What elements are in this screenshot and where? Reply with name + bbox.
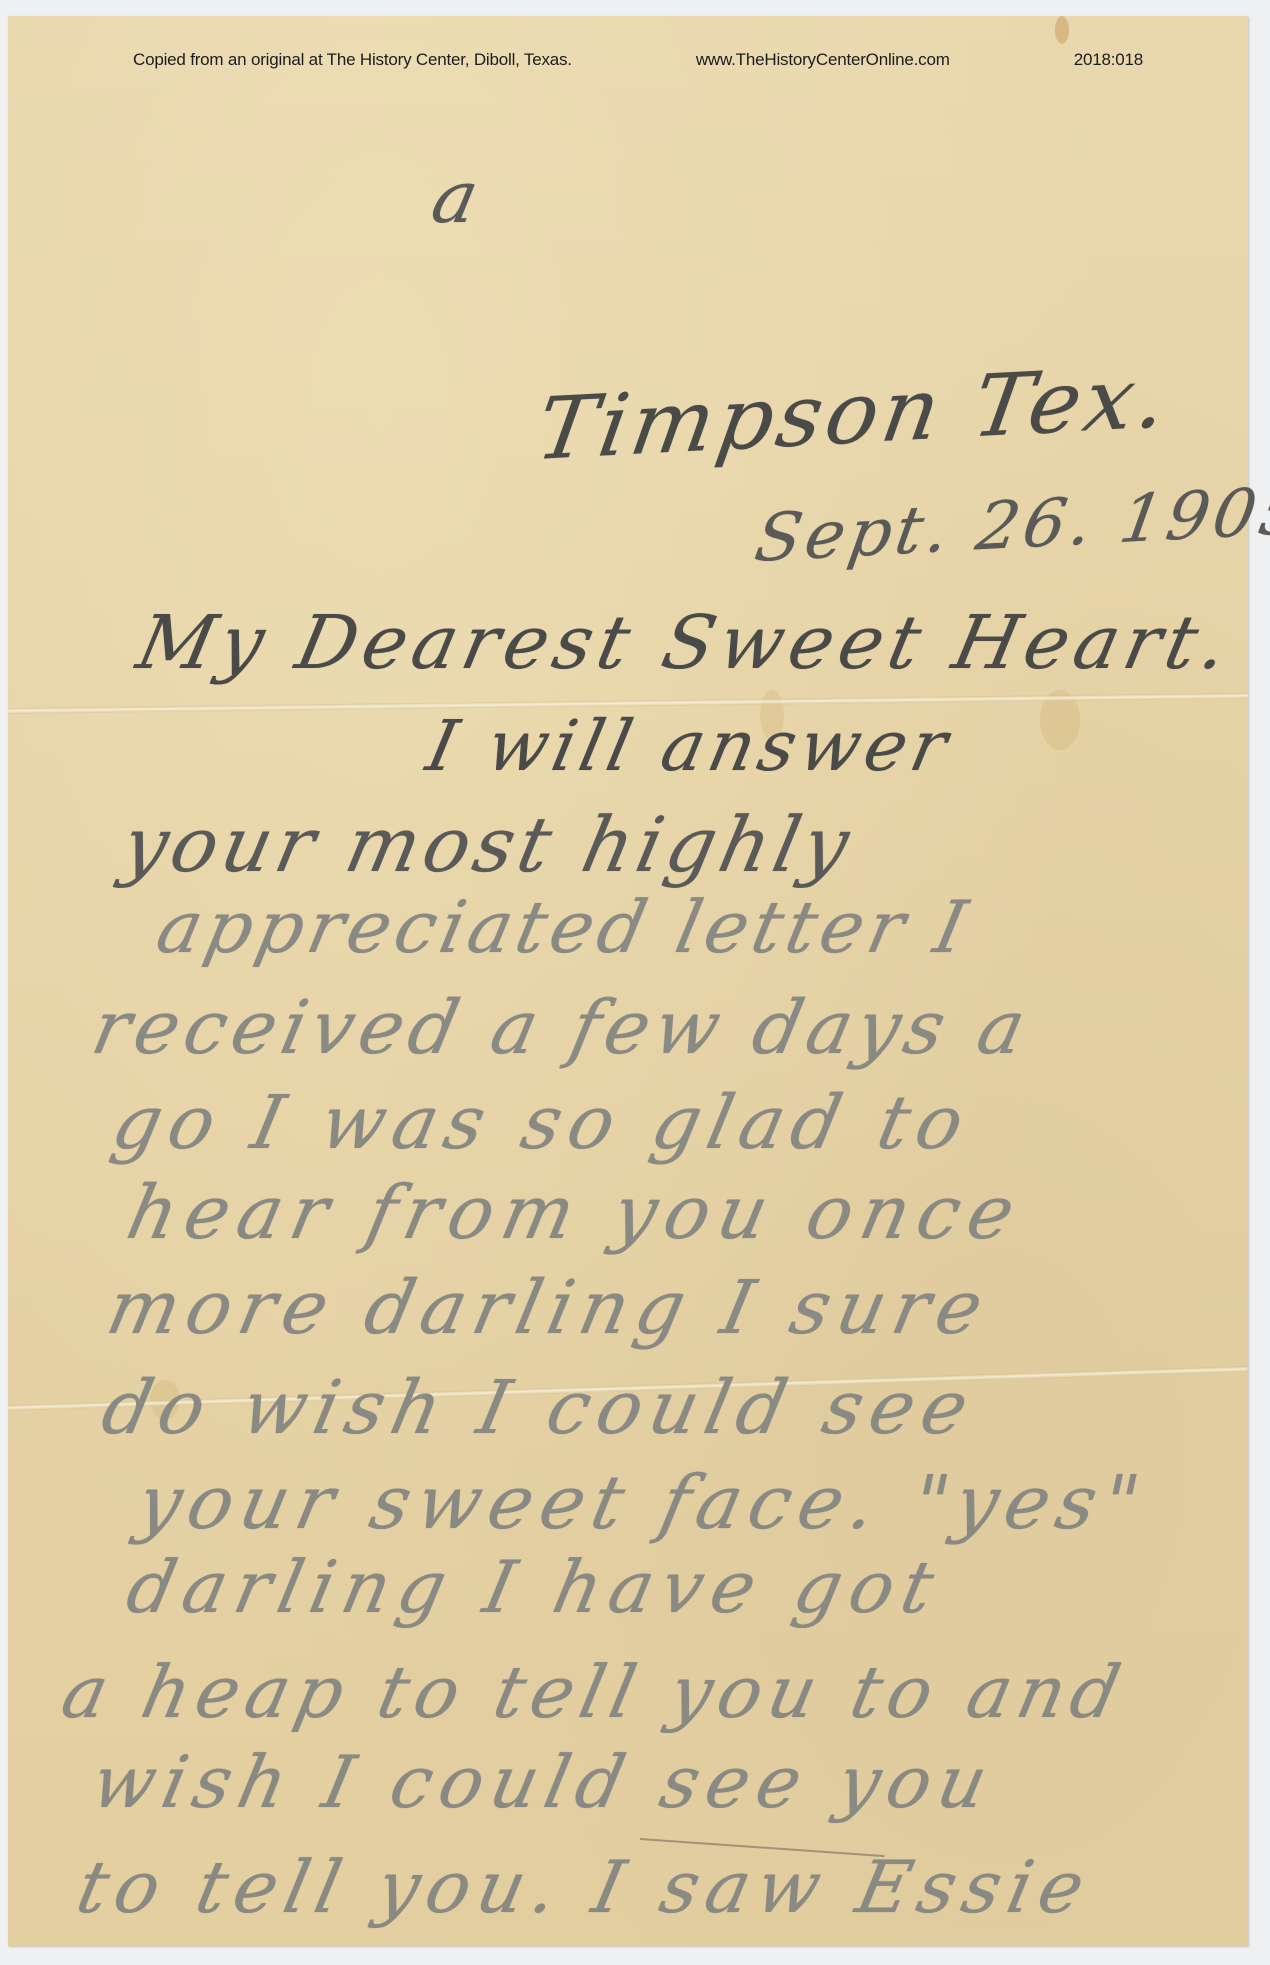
source-note: Copied from an original at The History C… <box>133 50 572 70</box>
website-link: www.TheHistoryCenterOnline.com <box>696 50 950 70</box>
letter-line: to tell you. I saw Essie <box>70 1845 1099 1929</box>
letter-line: darling I have got <box>120 1545 950 1629</box>
letter-line: appreciated letter I <box>150 885 979 969</box>
letter-line: more darling I sure <box>100 1265 998 1351</box>
archive-header: Copied from an original at The History C… <box>133 50 1143 70</box>
letter-line: a heap to tell you to and <box>55 1650 1134 1734</box>
letter-line: your sweet face. "yes" <box>130 1460 1155 1546</box>
letter-salutation: My Dearest Sweet Heart. <box>130 600 1241 686</box>
letter-line: hear from you once <box>120 1170 1031 1256</box>
scan-background: Copied from an original at The History C… <box>0 0 1270 1965</box>
letter-line: received a few days a <box>85 985 1038 1071</box>
letter-line: go I was so glad to <box>105 1080 979 1166</box>
paper-stain <box>1055 16 1069 44</box>
letter-line: wish I could see you <box>85 1740 1003 1824</box>
letter-line: your most highly <box>115 800 862 889</box>
catalog-id: 2018:018 <box>1074 50 1143 70</box>
letter-line: I will answer <box>420 705 959 787</box>
letter-line: do wish I could see <box>95 1365 983 1451</box>
